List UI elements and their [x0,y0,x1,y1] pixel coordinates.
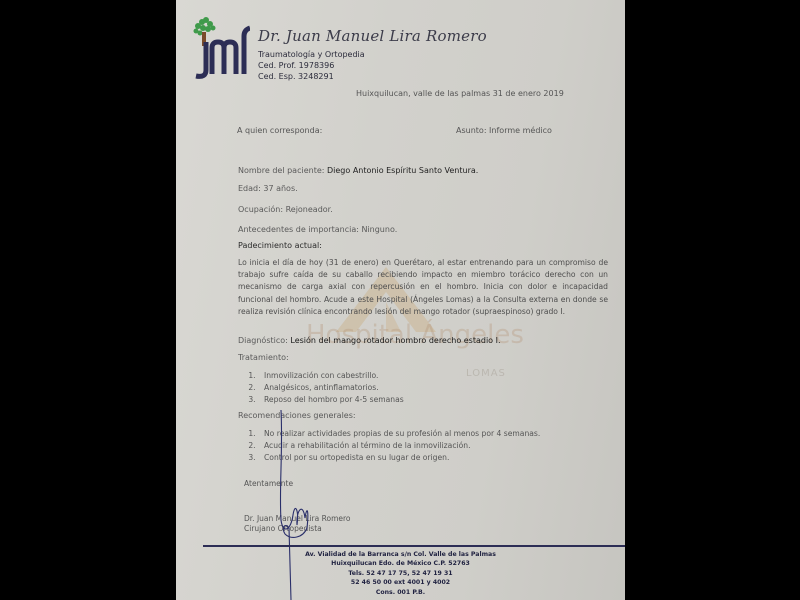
patient-occupation: Ocupación: Rejoneador. [238,205,333,214]
footer-line: Tels. 52 47 17 75, 52 47 19 31 [176,569,625,578]
patient-history: Antecedentes de importancia: Ninguno. [238,225,397,234]
jml-logo-tree-icon [188,14,250,80]
doctor-name-heading: Dr. Juan Manuel Lira Romero [258,27,487,45]
patient-name-value: Diego Antonio Espíritu Santo Ventura. [327,166,478,175]
current-condition-title: Padecimiento actual: [238,241,322,250]
patient-name-label: Nombre del paciente: [238,166,324,175]
current-condition-text: Lo inicia el día de hoy (31 de enero) en… [238,257,608,318]
specialty-text: Traumatología y Ortopedia [258,49,365,60]
footer-line: Cons. 001 P.B. [176,588,625,597]
diagnosis-label: Diagnóstico: [238,336,288,345]
specialty-license: Ced. Esp. 3248291 [258,71,365,82]
place-and-date: Huixquilucan, valle de las palmas 31 de … [356,89,564,98]
treatment-item: Reposo del hombro por 4-5 semanas [258,394,404,406]
hospital-watermark-sub: LOMAS [466,368,506,379]
hospital-watermark: Hospital Ángeles [306,320,524,350]
footer-line: Huixquilucan Edo. de México C.P. 52763 [176,559,625,568]
treatment-list: Inmovilización con cabestrillo. Analgési… [238,370,404,406]
treatment-item: Inmovilización con cabestrillo. [258,370,404,382]
footer-divider [203,545,625,547]
footer-line: 52 46 50 00 ext 4001 y 4002 [176,578,625,587]
diagnosis-value: Lesión del mango rotador hombro derecho … [290,336,500,345]
treatment-item: Analgésicos, antinflamatorios. [258,382,404,394]
footer-address: Av. Vialidad de la Barranca s/n Col. Val… [176,550,625,597]
letterhead-credentials: Traumatología y Ortopedia Ced. Prof. 197… [258,49,365,82]
subject-line: Asunto: Informe médico [456,126,552,135]
professional-license: Ced. Prof. 1978396 [258,60,365,71]
treatment-title: Tratamiento: [238,353,289,362]
diagnosis-line: Diagnóstico: Lesión del mango rotador ho… [238,336,501,345]
patient-age: Edad: 37 años. [238,184,298,193]
salutation: A quien corresponda: [237,126,322,135]
footer-line: Av. Vialidad de la Barranca s/n Col. Val… [176,550,625,559]
medical-report-page: Dr. Juan Manuel Lira Romero Traumatologí… [176,0,625,600]
patient-name-field: Nombre del paciente: Diego Antonio Espír… [238,166,478,175]
